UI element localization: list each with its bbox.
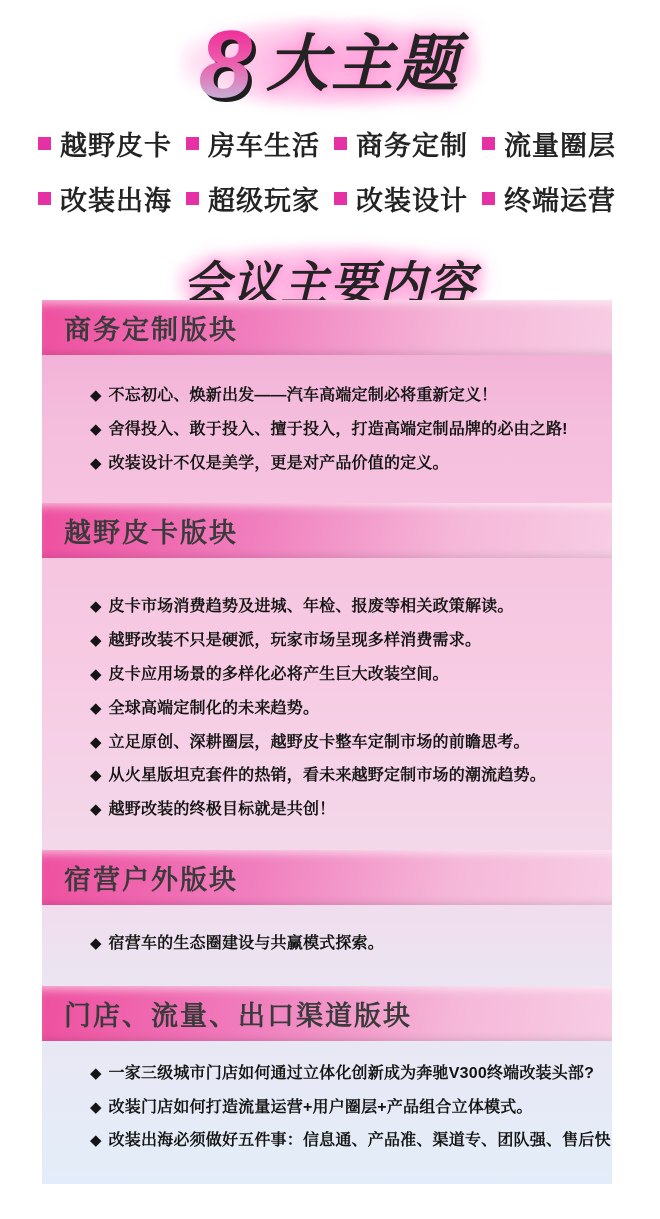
diamond-bullet-icon: ◆ [90,631,102,651]
section-title: 越野皮卡版块 [42,511,238,550]
item-text: 宿营车的生态圈建设与共赢模式探索。 [109,934,384,955]
item-text: 从火星版坦克套件的热销，看未来越野定制市场的潮流趋势。 [109,766,546,787]
item-text: 舍得投入、敢于投入、擅于投入，打造高端定制品牌的必由之路! [109,420,568,441]
section-body: ◆ 不忘初心、焕新出发——汽车高端定制必将重新定义！ ◆ 舍得投入、敢于投入、擅… [42,355,612,503]
section-header-camping-outdoor: 宿营户外版块 [42,850,612,905]
square-bullet-icon [186,137,199,150]
theme-label: 改装设计 [356,179,468,218]
square-bullet-icon [334,192,347,205]
poster: 8 大主题 越野皮卡 房车生活 商务定制 流量圈层 改装出海 超级玩家 [0,0,660,1219]
section-body: ◆ 宿营车的生态圈建设与共赢模式探索。 [42,905,612,986]
item-text: 改装门店如何打造流量运营+用户圈层+产品组合立体模式。 [109,1098,533,1119]
list-item: ◆ 舍得投入、敢于投入、擅于投入，打造高端定制品牌的必由之路! [90,420,602,441]
section-title: 商务定制版块 [42,308,238,347]
list-item: ◆ 改装出海必须做好五件事：信息通、产品准、渠道专、团队强、售后快! [90,1131,602,1152]
square-bullet-icon [38,192,51,205]
theme-label: 改装出海 [60,179,172,218]
theme-item: 房车生活 [186,124,330,163]
theme-item: 终端运营 [482,179,626,218]
theme-label: 房车生活 [208,124,320,163]
theme-label: 超级玩家 [208,179,320,218]
diamond-bullet-icon: ◆ [90,733,102,753]
square-bullet-icon [38,137,51,150]
item-text: 皮卡市场消费趋势及进城、年检、报废等相关政策解读。 [109,597,514,618]
list-item: ◆ 从火星版坦克套件的热销，看未来越野定制市场的潮流趋势。 [90,766,602,787]
theme-label: 越野皮卡 [60,124,172,163]
diamond-bullet-icon: ◆ [90,386,102,406]
diamond-bullet-icon: ◆ [90,454,102,474]
diamond-bullet-icon: ◆ [90,1131,102,1151]
diamond-bullet-icon: ◆ [90,934,102,954]
theme-item: 改装设计 [334,179,478,218]
section-body: ◆ 皮卡市场消费趋势及进城、年检、报废等相关政策解读。 ◆ 越野改装不只是硬派，… [42,558,612,850]
diamond-bullet-icon: ◆ [90,665,102,685]
diamond-bullet-icon: ◆ [90,766,102,786]
theme-item: 流量圈层 [482,124,626,163]
theme-item: 超级玩家 [186,179,330,218]
content-panel: 商务定制版块 ◆ 不忘初心、焕新出发——汽车高端定制必将重新定义！ ◆ 舍得投入… [42,300,612,1184]
list-item: ◆ 全球高端定制化的未来趋势。 [90,699,602,720]
section-header-business-custom: 商务定制版块 [42,300,612,355]
square-bullet-icon [482,137,495,150]
theme-item: 越野皮卡 [38,124,182,163]
item-text: 越野改装的终极目标就是共创！ [109,800,336,821]
hero-title-text: 大主题 [266,34,461,96]
section-title: 宿营户外版块 [42,858,238,897]
theme-item: 商务定制 [334,124,478,163]
section-body: ◆ 一家三级城市门店如何通过立体化创新成为奔驰V300终端改装头部? ◆ 改装门… [42,1041,612,1184]
list-item: ◆ 越野改装不只是硬派，玩家市场呈现多样消费需求。 [90,631,602,652]
item-text: 立足原创、深耕圈层，越野皮卡整车定制市场的前瞻思考。 [109,733,530,754]
list-item: ◆ 不忘初心、焕新出发——汽车高端定制必将重新定义！ [90,386,602,407]
list-item: ◆ 宿营车的生态圈建设与共赢模式探索。 [90,934,602,955]
theme-label: 商务定制 [356,124,468,163]
list-item: ◆ 皮卡市场消费趋势及进城、年检、报废等相关政策解读。 [90,597,602,618]
theme-label: 流量圈层 [504,124,616,163]
list-item: ◆ 一家三级城市门店如何通过立体化创新成为奔驰V300终端改装头部? [90,1064,602,1085]
square-bullet-icon [186,192,199,205]
list-item: ◆ 皮卡应用场景的多样化必将产生巨大改装空间。 [90,665,602,686]
list-item: ◆ 改装设计不仅是美学，更是对产品价值的定义。 [90,454,602,475]
section-header-store-traffic-export: 门店、流量、出口渠道版块 [42,986,612,1041]
diamond-bullet-icon: ◆ [90,1098,102,1118]
diamond-bullet-icon: ◆ [90,800,102,820]
diamond-bullet-icon: ◆ [90,1064,102,1084]
diamond-bullet-icon: ◆ [90,699,102,719]
item-text: 不忘初心、焕新出发——汽车高端定制必将重新定义！ [109,386,498,407]
themes-grid: 越野皮卡 房车生活 商务定制 流量圈层 改装出海 超级玩家 改装设计 终端运营 [0,116,660,218]
hero-number: 8 [199,17,266,113]
theme-item: 改装出海 [38,179,182,218]
diamond-bullet-icon: ◆ [90,597,102,617]
theme-label: 终端运营 [504,179,616,218]
square-bullet-icon [482,192,495,205]
item-text: 越野改装不只是硬派，玩家市场呈现多样消费需求。 [109,631,482,652]
hero-title: 8 大主题 [0,0,660,116]
item-text: 改装设计不仅是美学，更是对产品价值的定义。 [109,454,449,475]
section-header-offroad-pickup: 越野皮卡版块 [42,503,612,558]
list-item: ◆ 越野改装的终极目标就是共创！ [90,800,602,821]
list-item: ◆ 改装门店如何打造流量运营+用户圈层+产品组合立体模式。 [90,1098,602,1119]
item-text: 皮卡应用场景的多样化必将产生巨大改装空间。 [109,665,449,686]
item-text: 一家三级城市门店如何通过立体化创新成为奔驰V300终端改装头部? [109,1064,595,1085]
item-text: 改装出海必须做好五件事：信息通、产品准、渠道专、团队强、售后快! [109,1131,612,1152]
section-title: 门店、流量、出口渠道版块 [42,994,412,1033]
diamond-bullet-icon: ◆ [90,420,102,440]
item-text: 全球高端定制化的未来趋势。 [109,699,320,720]
list-item: ◆ 立足原创、深耕圈层，越野皮卡整车定制市场的前瞻思考。 [90,733,602,754]
square-bullet-icon [334,137,347,150]
